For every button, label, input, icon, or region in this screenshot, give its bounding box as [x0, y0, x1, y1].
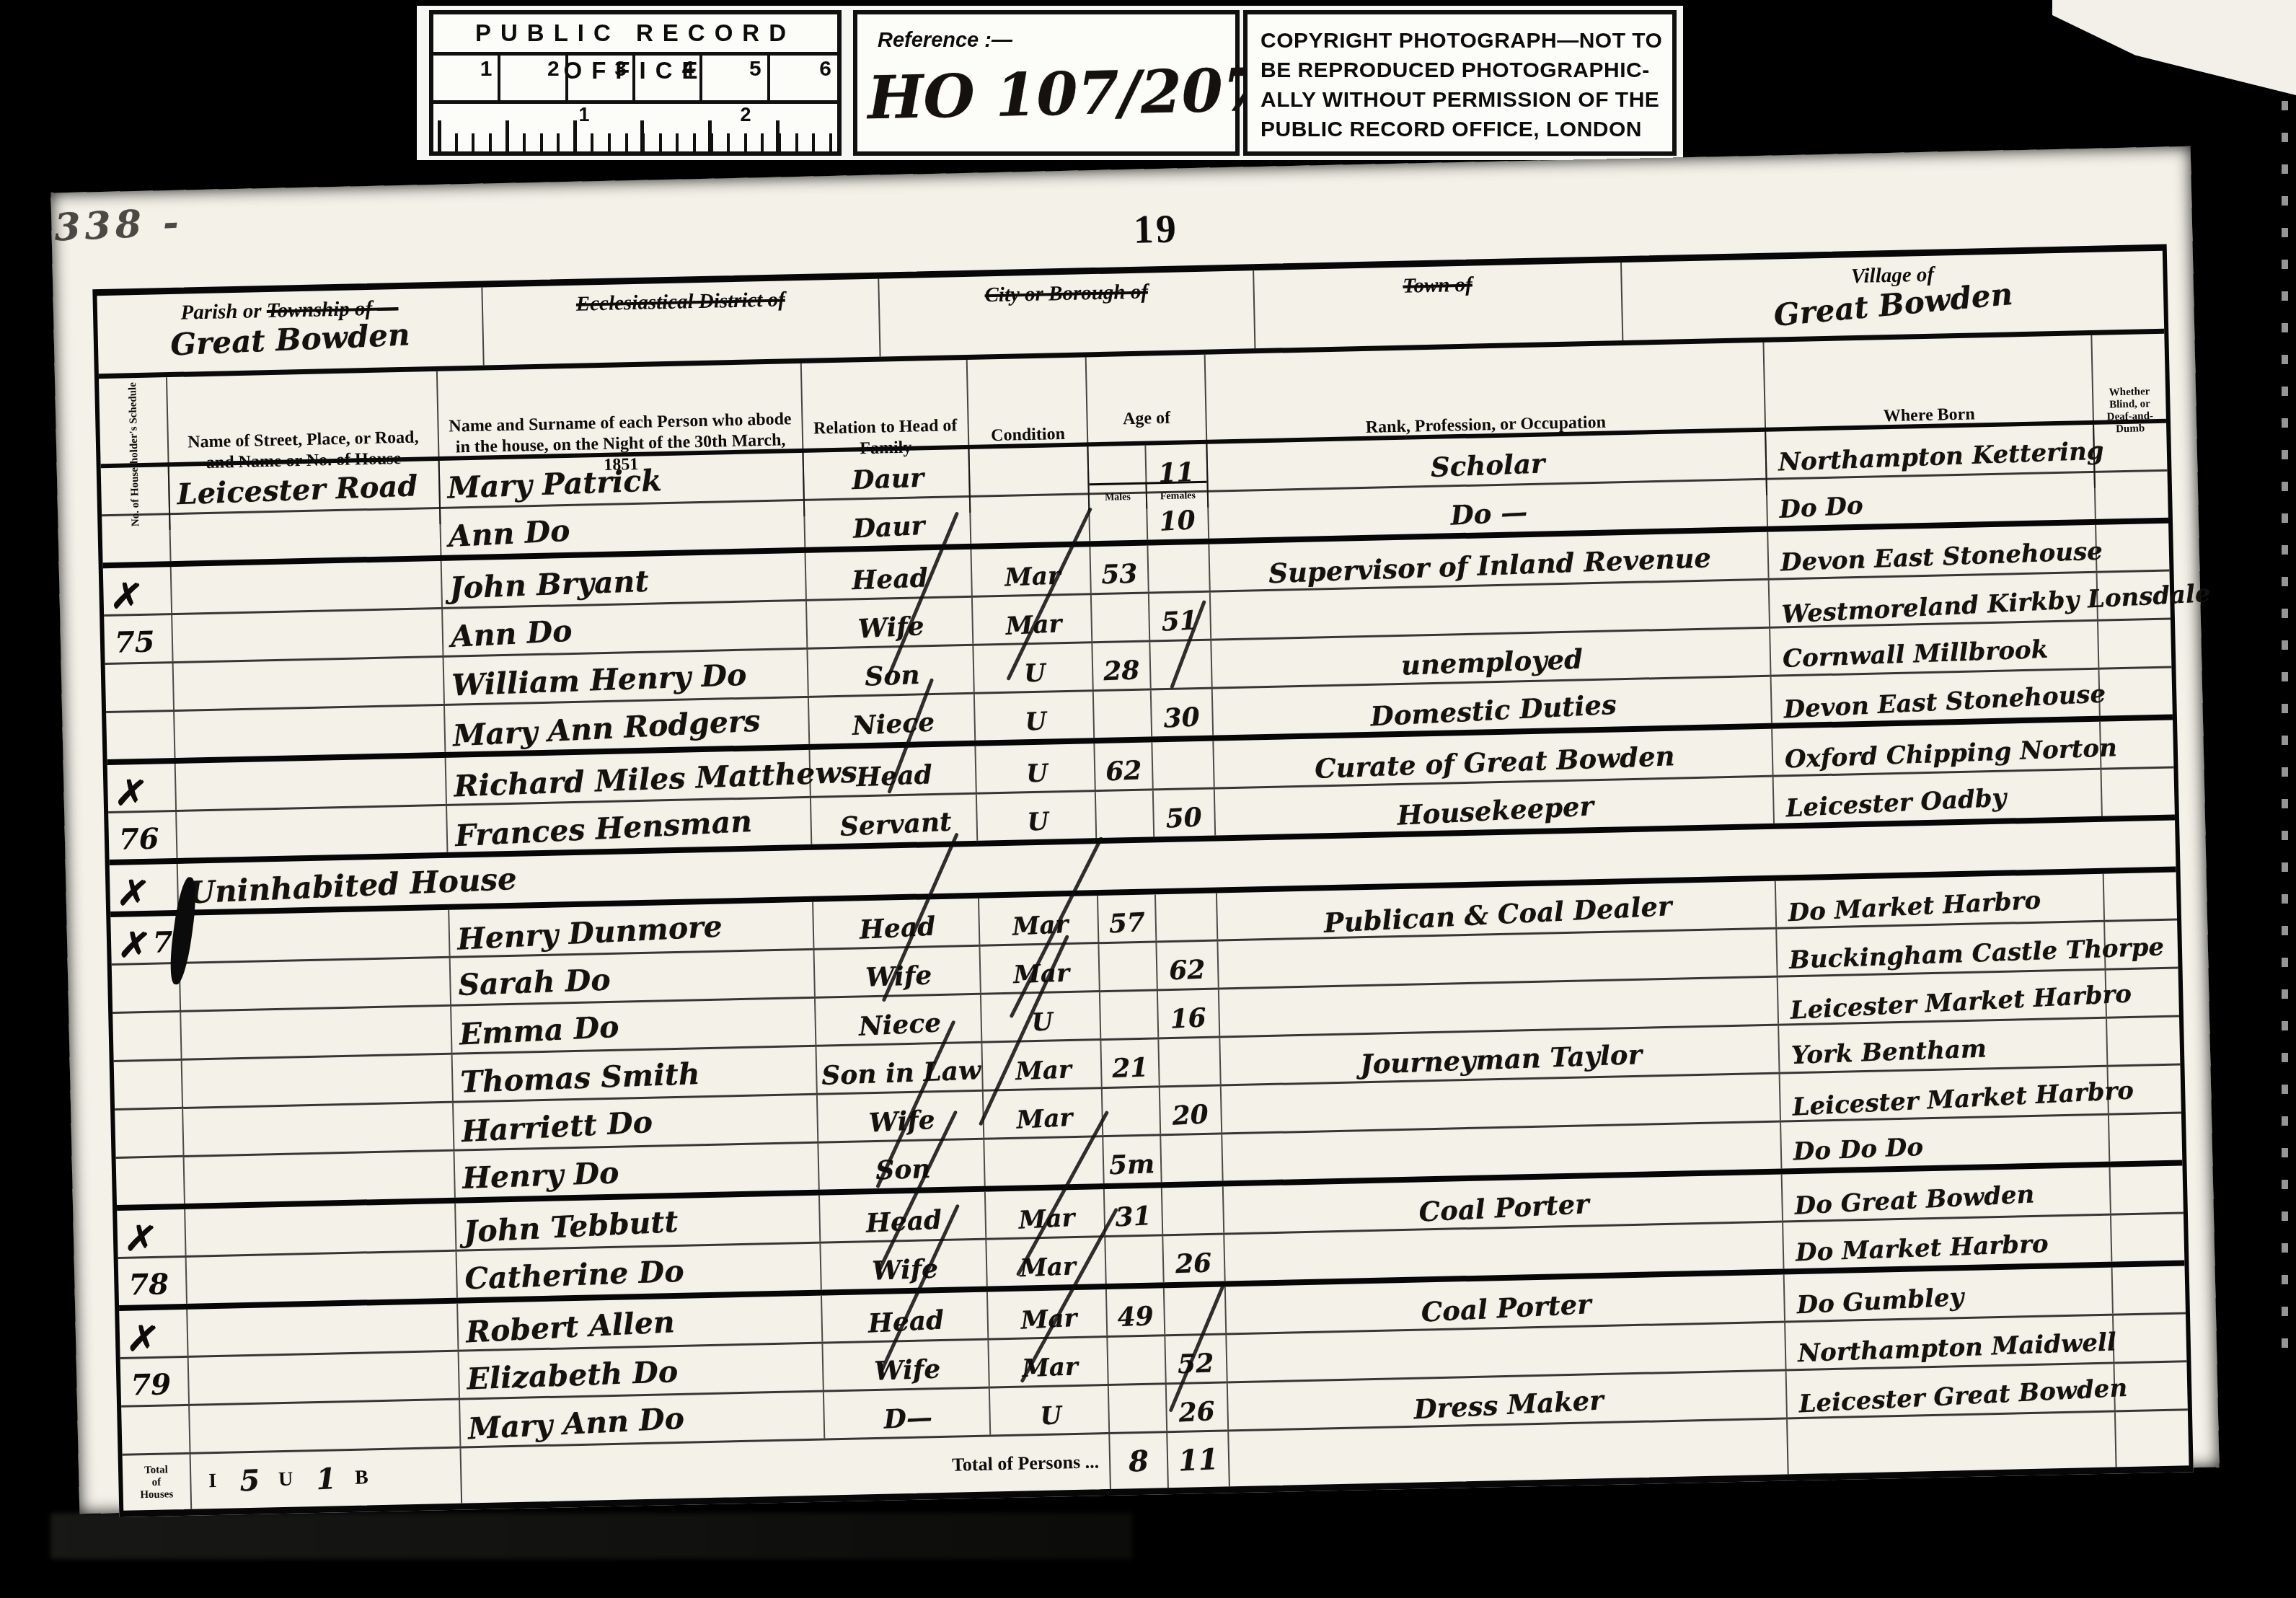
where-born-cell-text: Do Do Do: [1793, 1133, 1923, 1166]
name-cell: Robert Allen: [458, 1296, 823, 1350]
street-cell: Leicester Road: [169, 461, 441, 513]
condition-cell: [971, 495, 1090, 544]
census-rows: Leicester RoadMary PatrickDaur11ScholarN…: [101, 423, 2188, 1456]
relation-cell: Son in Law: [816, 1043, 983, 1093]
copyright-line-4: PUBLIC RECORD OFFICE, LONDON: [1260, 115, 1659, 144]
condition-cell: U: [977, 792, 1097, 841]
age-female-cell: 62: [1157, 942, 1219, 989]
relation-cell: Wife: [821, 1240, 987, 1290]
where-born-cell-text: Do Market Harbro: [1788, 886, 2041, 927]
where-born-cell: Do Great Bowden: [1783, 1167, 2111, 1221]
total-houses-word-3: Houses: [140, 1488, 173, 1501]
occupation-cell-text: Coal Porter: [1421, 1288, 1592, 1328]
street-cell: [189, 1352, 460, 1404]
street-cell: [172, 561, 443, 613]
occupation-cell-text: Domestic Duties: [1369, 689, 1617, 733]
age-male-cell: [1096, 790, 1154, 838]
age-female-cell: [1156, 893, 1218, 941]
relation-cell: Head: [806, 549, 973, 599]
houses-counts: I5 U1 B: [191, 1449, 463, 1509]
age-female-cell-text: 16: [1170, 1002, 1207, 1034]
street-cell: [180, 958, 451, 1010]
occupation-cell-text: Curate of Great Bowden: [1314, 740, 1675, 785]
schedule-cell: [114, 1061, 183, 1108]
footer-born-cell: [1788, 1413, 2117, 1475]
name-cell: Emma Do: [451, 999, 816, 1053]
copyright-line-3: ALLY WITHOUT PERMISSION OF THE: [1260, 85, 1659, 115]
street-cell: [179, 910, 450, 962]
name-cell-text: Thomas Smith: [460, 1056, 701, 1100]
relation-cell-text: Head: [859, 911, 936, 945]
where-born-cell-text: York Bentham: [1791, 1034, 1987, 1070]
age-male-cell-text: 53: [1100, 559, 1138, 591]
name-cell: Henry Dunmore: [449, 902, 814, 956]
name-cell-text: Catherine Do: [464, 1254, 685, 1297]
age-male-cell: [1092, 593, 1150, 641]
building-label: B: [355, 1466, 368, 1489]
ecclesiastical-header: Ecclesiastical District of: [482, 279, 880, 366]
relation-cell-text: Niece: [852, 707, 935, 741]
name-cell: Ann Do: [441, 501, 805, 555]
age-female-cell: [1162, 1186, 1224, 1234]
age-male-cell-text: 28: [1103, 655, 1140, 687]
parish-label: Parish or: [180, 299, 267, 325]
where-born-cell-text: Devon East Stonehouse: [1780, 537, 2103, 578]
age-female-cell: 26: [1167, 1383, 1229, 1431]
copyright-box: COPYRIGHT PHOTOGRAPH—NOT TO BE REPRODUCE…: [1243, 10, 1677, 156]
schedule-cell: 76: [108, 812, 177, 860]
ruler-inch-1: 1: [433, 56, 500, 100]
occupation-cell-text: Publican & Coal Dealer: [1323, 890, 1673, 939]
film-edge-marks: [2282, 101, 2288, 1370]
where-born-cell-text: Northampton Maidwell: [1797, 1328, 2116, 1368]
ruler-title: PUBLIC RECORD OFFICE: [433, 14, 837, 56]
name-cell: Harriett Do: [454, 1095, 818, 1149]
infirm-cell: [2114, 1314, 2186, 1361]
age-male-cell: [1103, 1087, 1161, 1135]
pro-ruler: PUBLIC RECORD OFFICE 1 2 3 4 5 6 1 2: [429, 10, 842, 156]
ruler-inch-5: 5: [702, 56, 769, 100]
condition-cell-text: U: [1039, 1401, 1062, 1431]
schedule-cell: ✗: [119, 1310, 188, 1357]
street-cell: [177, 806, 448, 858]
relation-cell-text: D—: [883, 1402, 933, 1434]
age-male-cell: 53: [1090, 546, 1149, 593]
age-female-cell: [1152, 741, 1214, 789]
schedule-cell: [106, 712, 175, 759]
condition-cell: Mar: [979, 896, 1099, 945]
where-born-cell: York Bentham: [1779, 1019, 2108, 1072]
reference-number: HO 107/2079: [867, 55, 1306, 133]
age-female-cell-text: 62: [1169, 955, 1206, 986]
total-persons-female: 11: [1167, 1431, 1230, 1488]
uninhabited-note: Uninhabited House: [188, 861, 518, 910]
age-male-cell: 49: [1107, 1288, 1165, 1336]
infirm-cell: [2113, 1266, 2186, 1313]
name-cell: Catherine Do: [457, 1244, 822, 1298]
schedule-cell: ✗: [117, 1209, 186, 1257]
relation-cell-text: Niece: [858, 1007, 942, 1042]
inhabited-count: 5: [239, 1463, 260, 1498]
condition-cell-text: U: [1025, 759, 1048, 788]
where-born-cell: Westmoreland Kirkby Lonsdale: [1770, 573, 2098, 627]
street-cell-text: Leicester Road: [177, 469, 418, 511]
schedule-cell: ✗: [103, 567, 172, 614]
street-cell: [174, 658, 445, 710]
crossed-out-mark: ✗: [123, 1222, 159, 1255]
census-photograph: PUBLIC RECORD OFFICE 1 2 3 4 5 6 1 2 Ref…: [0, 0, 2296, 1598]
page-number: 19: [1133, 206, 1178, 253]
census-table: Parish or Township of — Great Bowden Ecc…: [92, 244, 2193, 1517]
town-header: Town of: [1254, 262, 1623, 348]
where-born-cell: Northampton Kettering: [1766, 425, 2095, 478]
age-male-cell-text: 31: [1115, 1201, 1152, 1232]
name-cell: Sarah Do: [451, 950, 816, 1005]
relation-cell: Daur: [803, 449, 970, 499]
where-born-cell: Do Do Do: [1781, 1116, 2110, 1169]
where-born-cell-text: Do Gumbley: [1796, 1283, 1965, 1320]
house-number: 76: [118, 822, 159, 857]
age-female-cell-text: 26: [1178, 1396, 1216, 1428]
age-female-cell-text: 50: [1165, 802, 1203, 834]
condition-cell-text: Mar: [1015, 1103, 1072, 1135]
ruler-inch-2: 2: [500, 56, 568, 100]
where-born-cell-text: Oxford Chipping Norton: [1784, 733, 2117, 774]
street-cell: [175, 706, 446, 758]
street-cell: [190, 1400, 461, 1452]
town-label: Town of: [1403, 273, 1472, 298]
occupation-cell-text: unemployed: [1401, 643, 1584, 681]
condition-cell: U: [981, 992, 1101, 1041]
crossed-out-mark: ✗: [109, 581, 144, 614]
name-cell-text: Frances Hensman: [454, 804, 753, 853]
name-cell: Henry Do: [454, 1144, 819, 1198]
crossed-out-mark: ✗: [115, 878, 151, 911]
age-female-cell-text: 30: [1163, 702, 1201, 733]
street-cell: [172, 609, 443, 661]
parish-header: Parish or Township of — Great Bowden: [97, 288, 484, 374]
name-cell-text: Sarah Do: [458, 962, 611, 1002]
name-cell-text: John Bryant: [449, 564, 650, 606]
age-female-cell-text: 26: [1175, 1248, 1213, 1279]
name-cell: Mary Ann Do: [460, 1392, 825, 1447]
where-born-cell-text: Leicester Market Harbro: [1790, 979, 2132, 1025]
paper-corner: [2052, 0, 2296, 95]
age-male-cell-text: 49: [1117, 1301, 1154, 1333]
census-page: 338 - 19 Parish or Township of — Great B…: [50, 146, 2219, 1514]
age-female-cell: 10: [1147, 493, 1209, 540]
condition-cell: Mar: [973, 595, 1092, 644]
schedule-cell: [105, 663, 175, 711]
folio-stamp: 338 -: [53, 200, 192, 250]
where-born-cell: Buckingham Castle Thorpe: [1777, 922, 2106, 976]
relation-cell-text: Daur: [852, 511, 926, 544]
street-cell: [182, 1055, 454, 1107]
uninhabited-count: 1: [315, 1462, 337, 1496]
condition-cell-text: U: [1026, 807, 1049, 836]
age-female-cell: 26: [1163, 1235, 1225, 1282]
age-female-cell: 51: [1149, 593, 1211, 640]
condition-cell: [969, 446, 1089, 495]
schedule-cell: ✗: [107, 764, 177, 811]
city-borough-header: City or Borough of: [879, 270, 1255, 356]
reference-box: Reference :— HO 107/2079: [853, 10, 1240, 156]
total-houses-word-2: of: [151, 1476, 161, 1488]
name-cell: Elizabeth Do: [459, 1344, 824, 1398]
parish-value: Great Bowden: [97, 314, 483, 366]
age-female-cell: 50: [1154, 790, 1216, 837]
schedule-cell: [112, 1012, 182, 1060]
age-female-cell-text: 20: [1172, 1099, 1209, 1131]
age-female-cell: [1161, 1134, 1223, 1182]
street-cell: [185, 1152, 456, 1204]
condition-cell: Mar: [989, 1338, 1108, 1387]
relation-cell-text: Daur: [852, 463, 924, 496]
total-females: 11: [1178, 1442, 1219, 1478]
where-born-cell: Leicester Market Harbro: [1780, 1067, 2109, 1121]
relation-cell-text: Son in Law: [821, 1055, 981, 1091]
where-born-cell-text: Do Market Harbro: [1795, 1230, 2049, 1268]
infirm-cell: [2098, 620, 2171, 668]
where-born-cell: Oxford Chipping Norton: [1772, 722, 2101, 775]
infirm-cell: [2096, 472, 2168, 519]
relation-cell: Head: [813, 899, 980, 948]
relation-cell: Niece: [816, 995, 982, 1045]
infirm-cell: [2111, 1214, 2184, 1261]
name-cell-text: Ann Do: [448, 513, 571, 554]
where-born-cell: Do Market Harbro: [1783, 1216, 2112, 1269]
crossed-out-mark: ✗: [125, 1323, 161, 1356]
schedule-cell: ✗: [110, 864, 179, 911]
name-cell-text: Ann Do: [450, 614, 573, 654]
occupation-cell-text: Do —: [1450, 496, 1529, 531]
inhabited-label: I: [208, 1470, 217, 1493]
schedule-cell: [121, 1406, 190, 1454]
age-female-cell: 16: [1158, 990, 1220, 1038]
infirm-cell: [2094, 423, 2167, 471]
where-born-cell-text: Do Do: [1779, 491, 1864, 524]
total-males: 8: [1128, 1444, 1149, 1478]
footer-occupation-cell: [1229, 1419, 1788, 1486]
age-female-cell: 30: [1152, 689, 1214, 737]
name-cell: Ann Do: [443, 601, 808, 655]
age-male-cell: 28: [1092, 642, 1151, 689]
age-male-cell-text: 57: [1108, 907, 1146, 939]
street-cell: [170, 509, 441, 561]
condition-cell: U: [975, 692, 1095, 741]
uninhabited-label: U: [278, 1468, 293, 1491]
schedule-cell: ✗77: [110, 916, 180, 963]
condition-cell: Mar: [984, 1089, 1103, 1138]
name-cell: John Tebbutt: [456, 1196, 821, 1250]
age-male-cell: 57: [1098, 894, 1157, 942]
occupation-cell-text: Dress Maker: [1413, 1384, 1604, 1425]
where-born-cell-text: Leicester Market Harbro: [1792, 1076, 2134, 1122]
name-cell-text: Henry Do: [462, 1155, 619, 1196]
name-cell-text: Elizabeth Do: [467, 1354, 679, 1396]
age-female-cell: 20: [1160, 1086, 1222, 1134]
relation-cell: Son: [818, 1140, 985, 1190]
ecclesiastical-label: Ecclesiastical District of: [576, 288, 786, 315]
name-cell-text: Richard Miles Matthews: [454, 754, 858, 803]
relation-cell-text: Servant: [839, 806, 952, 842]
name-cell-text: Emma Do: [459, 1010, 620, 1052]
schedule-cell: 79: [120, 1358, 190, 1405]
relation-cell: Wife: [807, 598, 973, 648]
copyright-line-2: BE REPRODUCED PHOTOGRAPHIC-: [1260, 56, 1659, 85]
ruler-inch-3: 3: [568, 56, 635, 100]
condition-cell-text: Mar: [1015, 1055, 1072, 1086]
where-born-cell-text: Buckingham Castle Thorpe: [1788, 932, 2164, 975]
street-cell: [183, 1103, 454, 1155]
total-persons-male: 8: [1110, 1433, 1169, 1489]
age-male-cell-text: 5m: [1109, 1149, 1156, 1180]
age-male-cell: [1100, 991, 1159, 1038]
copyright-line-1: COPYRIGHT PHOTOGRAPH—NOT TO: [1260, 26, 1659, 56]
schedule-cell: 75: [104, 615, 173, 663]
infirm-cell: [2109, 1113, 2182, 1161]
condition-cell: Mar: [986, 1189, 1105, 1238]
where-born-cell-text: Leicester Great Bowden: [1798, 1374, 2128, 1419]
where-born-cell: Leicester Great Bowden: [1787, 1364, 2116, 1418]
ruler-half-label-2: 2: [741, 104, 751, 126]
condition-cell: Mar: [980, 944, 1100, 993]
film-texture: [50, 1513, 1132, 1559]
relation-cell: D—: [824, 1389, 991, 1439]
name-cell: Richard Miles Matthews: [446, 750, 811, 804]
schedule-cell: [115, 1109, 184, 1157]
age-female-cell-text: 11: [1158, 457, 1196, 489]
footer-infirm-cell: [2116, 1411, 2189, 1467]
where-born-cell-text: Northampton Kettering: [1778, 436, 2104, 477]
schedule-cell: 78: [118, 1258, 187, 1305]
age-male-cell: [1105, 1236, 1164, 1284]
where-born-cell: Northampton Maidwell: [1785, 1316, 2114, 1369]
ruler-tick-band: 1 2: [433, 104, 837, 156]
age-male-cell: [1108, 1336, 1166, 1384]
age-male-cell: [1099, 943, 1157, 990]
name-cell-text: Mary Patrick: [447, 463, 663, 506]
age-female-cell: [1159, 1038, 1221, 1085]
where-born-cell-text: Devon East Stonehouse: [1783, 679, 2106, 724]
occupation-cell-text: Journeyman Taylor: [1359, 1038, 1642, 1080]
where-born-cell: Do Market Harbro: [1776, 874, 2105, 927]
name-cell: Frances Hensman: [447, 798, 812, 852]
reference-label: Reference :—: [878, 29, 1012, 53]
total-houses-label: Total of Houses: [123, 1454, 193, 1511]
infirm-cell: [2104, 873, 2177, 920]
occupation-cell-text: Coal Porter: [1418, 1188, 1590, 1228]
where-born-cell: Do Do: [1767, 473, 2096, 526]
where-born-cell: Do Gumbley: [1785, 1268, 2114, 1321]
house-number: 79: [131, 1367, 172, 1402]
house-number: 78: [128, 1267, 169, 1302]
ruler-ticks-minor: [438, 133, 833, 154]
city-borough-label: City or Borough of: [984, 280, 1148, 306]
age-male-cell: [1094, 690, 1152, 738]
street-cell: [181, 1007, 452, 1059]
infirm-cell: [2096, 524, 2169, 571]
name-cell: Mary Ann Rodgers: [445, 698, 810, 752]
street-cell: [185, 1204, 456, 1255]
where-born-cell: Devon East Stonehouse: [1768, 525, 2097, 578]
name-cell: Thomas Smith: [453, 1047, 818, 1101]
condition-cell-text: Mar: [1012, 959, 1069, 990]
age-female-cell-text: 10: [1159, 505, 1196, 537]
occupation-cell-text: Scholar: [1431, 447, 1546, 483]
name-cell-text: Harriett Do: [461, 1105, 653, 1149]
age-male-cell: [1088, 446, 1147, 493]
infirm-cell: [2107, 1017, 2180, 1064]
relation-cell: Wife: [823, 1341, 989, 1390]
age-female-cell: 11: [1146, 444, 1208, 492]
relation-cell-text: Head: [852, 562, 929, 596]
name-cell: William Henry Do: [444, 650, 809, 704]
relation-cell-text: Head: [867, 1305, 945, 1338]
name-cell-text: Mary Ann Do: [467, 1401, 685, 1447]
infirm-cell: [2099, 668, 2172, 716]
occupation-cell-text: Housekeeper: [1397, 790, 1594, 831]
where-born-cell: Leicester Market Harbro: [1778, 971, 2107, 1024]
condition-cell-text: U: [1023, 658, 1046, 688]
where-born-cell: Leicester Oadby: [1774, 770, 2103, 824]
where-born-cell-text: Cornwall Millbrook: [1782, 635, 2049, 674]
age-male-cell: 21: [1101, 1039, 1160, 1087]
age-male-cell: 62: [1095, 742, 1153, 790]
street-cell: [187, 1304, 459, 1356]
village-header: Village of Great Bowden: [1622, 251, 2164, 340]
condition-cell: U: [973, 643, 1093, 692]
ruler-half-label-1: 1: [579, 104, 590, 126]
crossed-out-mark: ✗: [113, 777, 149, 811]
total-houses-word-1: Total: [144, 1464, 168, 1477]
schedule-cell: [116, 1157, 185, 1205]
street-cell: [176, 758, 447, 810]
name-cell-text: Mary Ann Rodgers: [452, 703, 761, 753]
where-born-cell: Devon East Stonehouse: [1772, 670, 2101, 723]
house-number: 75: [114, 625, 155, 660]
where-born-cell-text: Do Great Bowden: [1794, 1180, 2036, 1221]
relation-cell: Niece: [809, 694, 976, 744]
where-born-cell-text: Leicester Oadby: [1785, 783, 2008, 823]
ruler-inch-row: 1 2 3 4 5 6: [433, 56, 837, 104]
condition-cell: Mar: [971, 547, 1091, 596]
name-cell-text: Robert Allen: [465, 1305, 676, 1349]
street-cell: [187, 1252, 458, 1304]
infirm-cell: [2111, 1165, 2184, 1213]
condition-cell: U: [976, 743, 1095, 793]
condition-cell-text: U: [1024, 707, 1047, 736]
occupation-cell-text: Supervisor of Inland Revenue: [1268, 542, 1712, 589]
name-cell: Mary Patrick: [440, 453, 805, 507]
name-cell-text: William Henry Do: [451, 658, 748, 703]
ruler-inch-4: 4: [635, 56, 702, 100]
condition-cell: U: [990, 1386, 1110, 1435]
age-male-cell: 5m: [1103, 1136, 1162, 1183]
crossed-out-mark: ✗: [117, 930, 152, 963]
age-male-cell: [1109, 1385, 1167, 1432]
name-cell-text: John Tebbutt: [463, 1204, 679, 1250]
age-female-cell: [1148, 544, 1210, 592]
name-cell: John Bryant: [442, 553, 807, 607]
age-male-cell: [1090, 494, 1148, 542]
where-born-cell: Cornwall Millbrook: [1770, 622, 2099, 675]
name-cell-text: Henry Dunmore: [456, 909, 723, 956]
age-male-cell-text: 62: [1105, 755, 1142, 787]
ruler-inch-6: 6: [770, 56, 837, 100]
age-male-cell-text: 21: [1111, 1052, 1149, 1084]
infirm-cell: [2102, 769, 2175, 816]
